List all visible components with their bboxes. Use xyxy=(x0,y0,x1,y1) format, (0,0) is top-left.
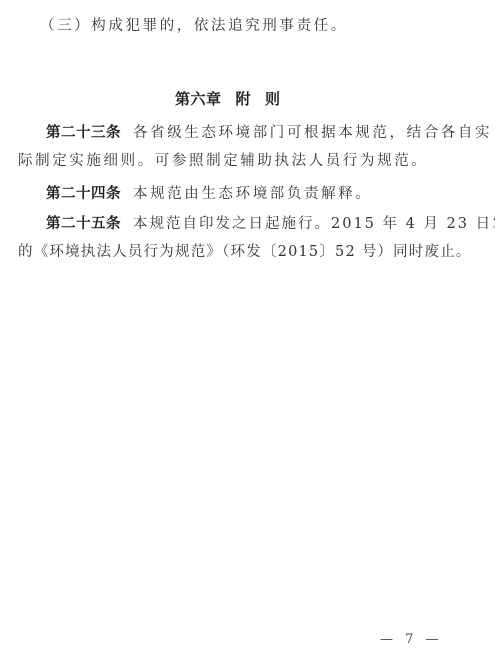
article-24-label: 第二十四条 xyxy=(46,186,121,202)
page-number: — 7 — xyxy=(380,632,443,647)
article-25-label: 第二十五条 xyxy=(46,216,121,232)
chapter-title-part2: 则 xyxy=(265,90,281,108)
article-25-line-2: 的《环境执法人员行为规范》（环发〔2015〕52 号）同时废止。 xyxy=(18,242,472,262)
chapter-number: 第六章 xyxy=(175,90,222,108)
article-24-text-1: 本规范由生态环境部负责解释。 xyxy=(133,186,372,202)
chapter-title-part1: 附 xyxy=(236,90,252,108)
chapter-heading: 第六章附则 xyxy=(175,88,281,109)
clause-three-text: （三）构成犯罪的，依法追究刑事责任。 xyxy=(40,16,348,36)
article-25-line-1: 第二十五条本规范自印发之日起施行。2015 年 4 月 23 日发布 xyxy=(46,214,495,234)
article-23-line-2: 际制定实施细则。可参照制定辅助执法人员行为规范。 xyxy=(18,151,428,171)
article-23-line-1: 第二十三条各省级生态环境部门可根据本规范，结合各自实 xyxy=(46,123,492,143)
article-23-label: 第二十三条 xyxy=(46,125,121,141)
article-25-text-1: 本规范自印发之日起施行。2015 年 4 月 23 日发布 xyxy=(133,216,495,232)
article-23-text-1: 各省级生态环境部门可根据本规范，结合各自实 xyxy=(133,125,492,141)
article-24-line-1: 第二十四条本规范由生态环境部负责解释。 xyxy=(46,184,372,204)
